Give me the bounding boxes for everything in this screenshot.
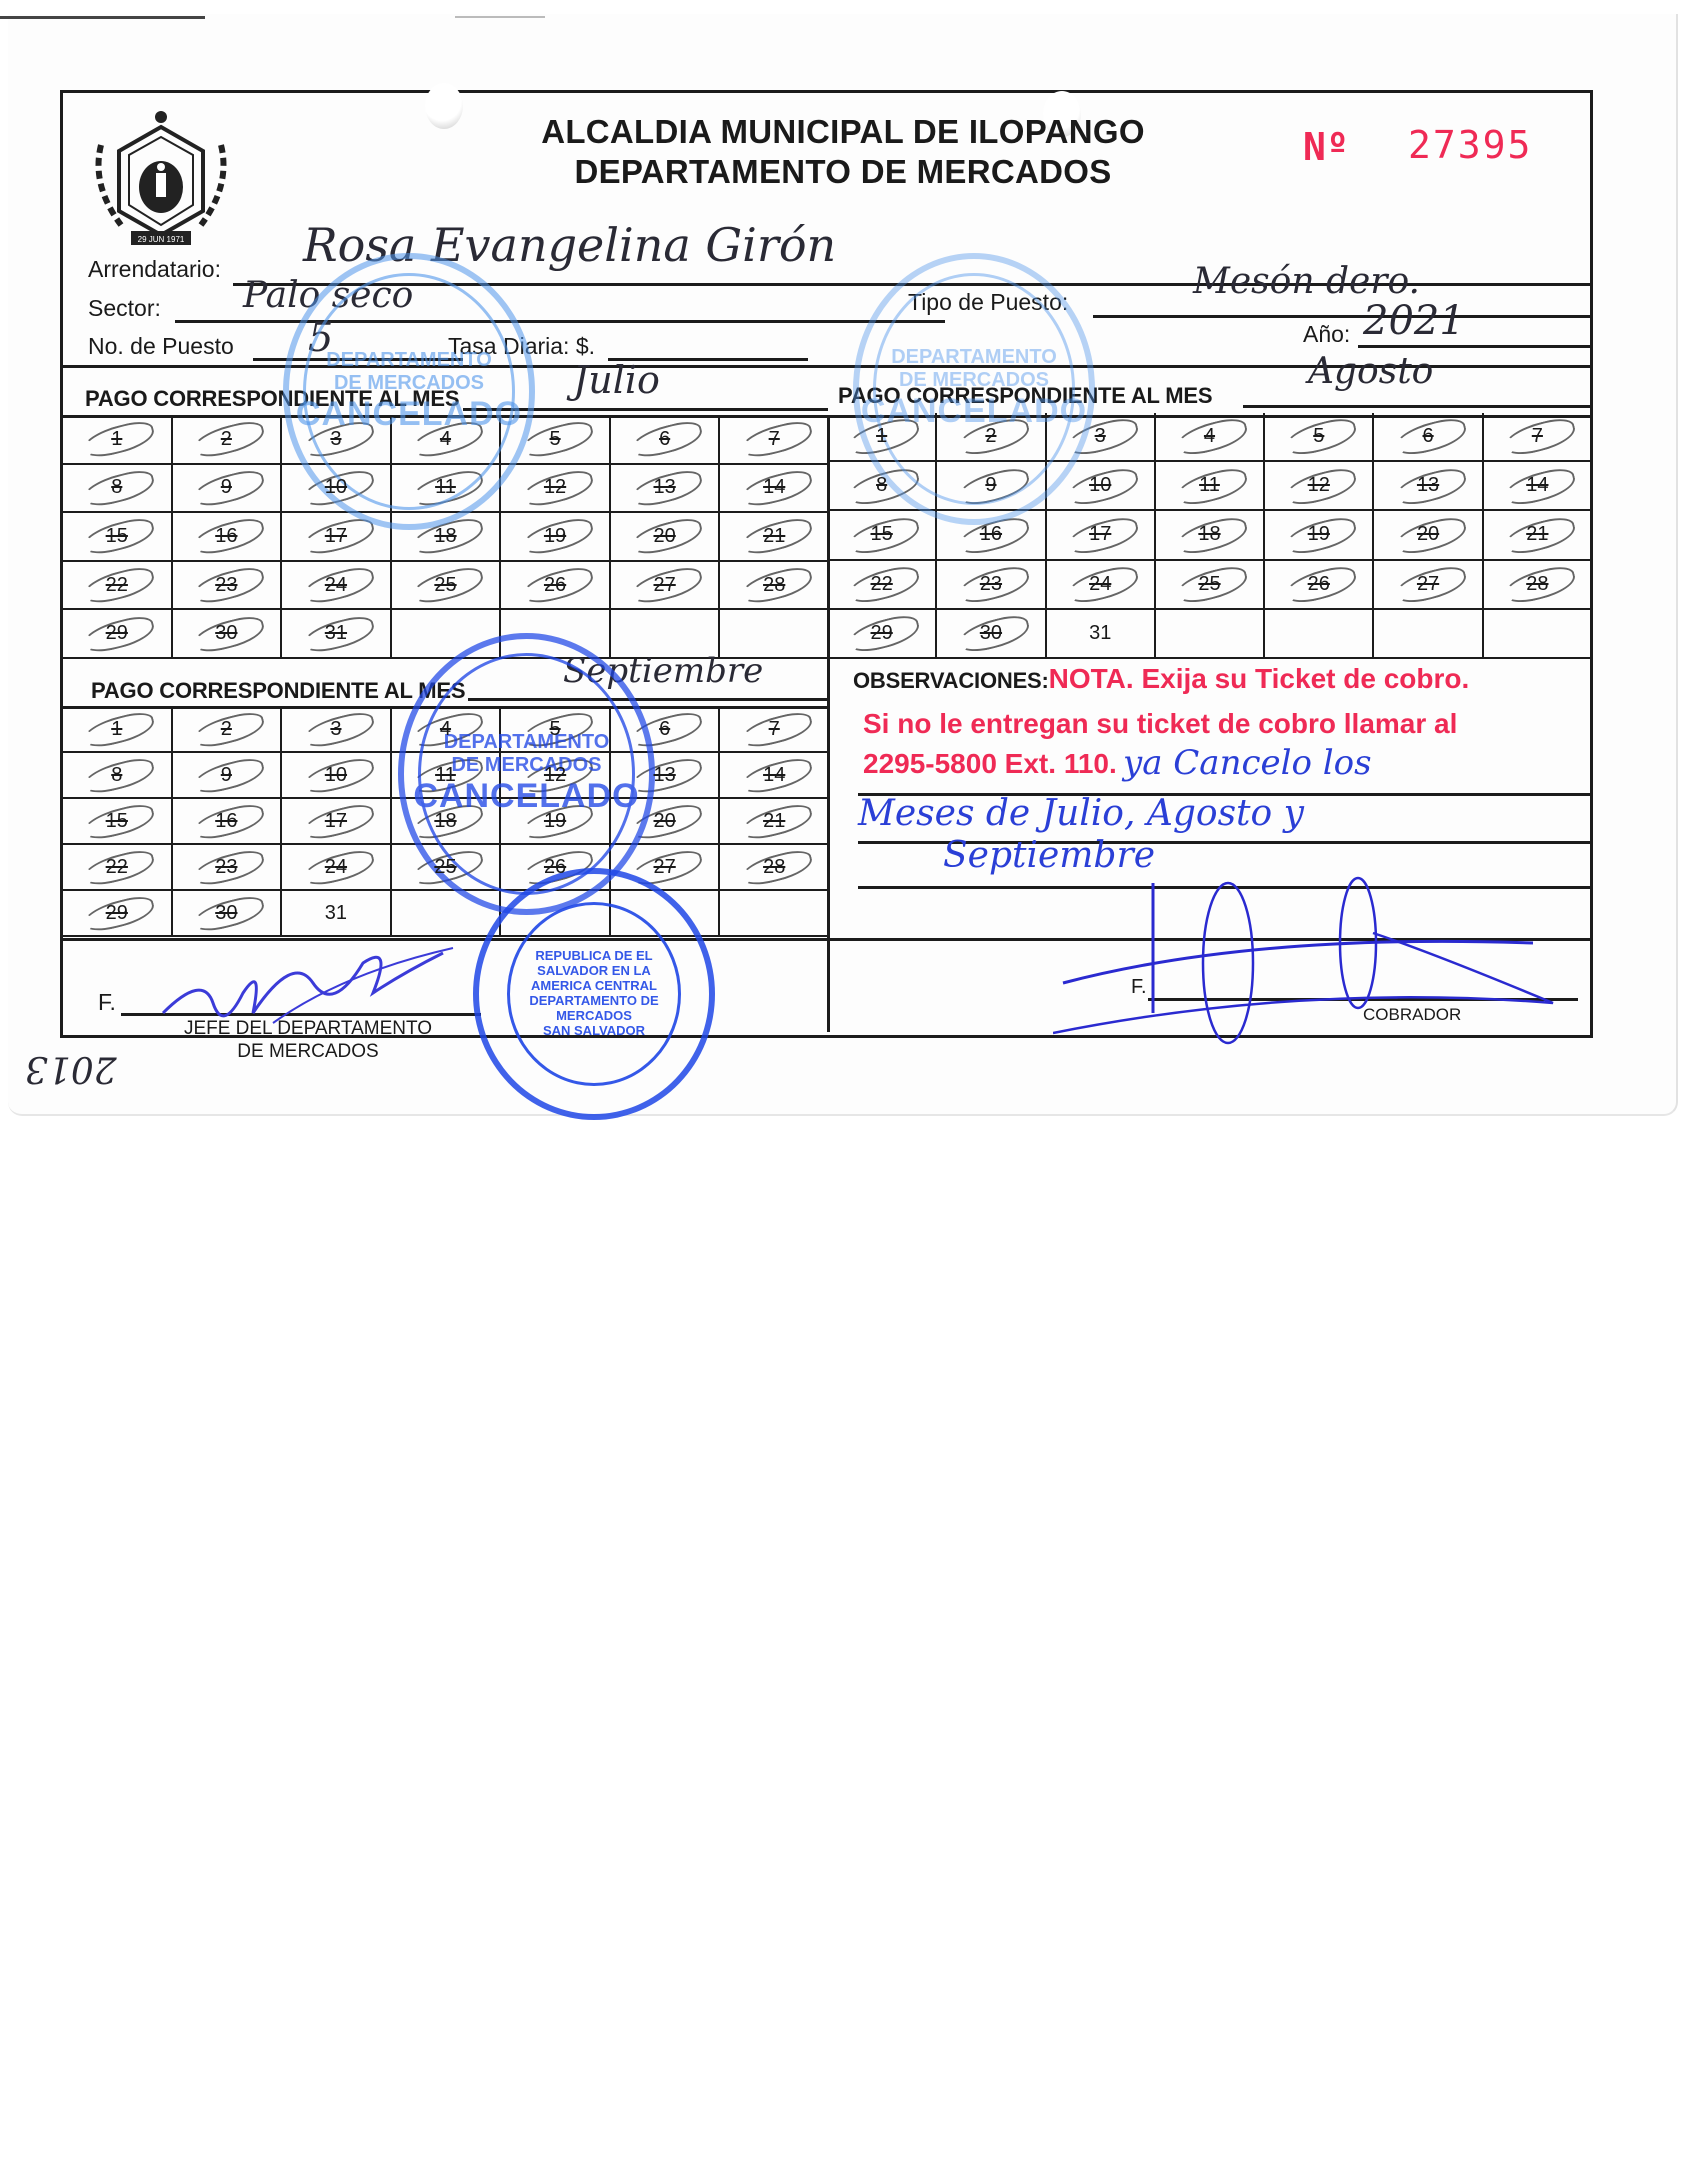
day-cell[interactable]: 29 xyxy=(828,610,937,659)
nota-line-1: NOTA. Exija su Ticket de cobro. xyxy=(1049,663,1470,694)
day-number: 21 xyxy=(763,810,785,833)
day-number: 23 xyxy=(215,856,237,879)
day-number: 27 xyxy=(1417,573,1439,596)
payment-card-form: 29 JUN 1971 ALCALDIA MUNICIPAL DE ILOPAN… xyxy=(60,90,1593,1038)
day-number: 18 xyxy=(1198,523,1220,546)
day-number: 25 xyxy=(1198,573,1220,596)
day-cell[interactable]: 19 xyxy=(1265,511,1374,560)
observaciones-block: OBSERVACIONES:NOTA. Exija su Ticket de c… xyxy=(853,663,1469,695)
anio-value[interactable]: 2021 xyxy=(1363,298,1465,344)
nota-line-3: 2295-5800 Ext. 110. xyxy=(863,748,1117,780)
day-number: 29 xyxy=(106,902,128,925)
day-cell[interactable]: 17 xyxy=(1047,511,1156,560)
day-cell[interactable]: 31 xyxy=(1047,610,1156,659)
day-cell[interactable]: 21 xyxy=(720,513,830,562)
day-number: 15 xyxy=(871,523,893,546)
observaciones-handwritten-1[interactable]: ya Cancelo los xyxy=(1123,743,1372,783)
empty-cell xyxy=(720,891,830,937)
day-number: 5 xyxy=(550,718,561,741)
day-cell[interactable]: 1 xyxy=(63,707,173,753)
day-cell[interactable]: 23 xyxy=(173,562,283,611)
cancelado-stamp-julio: DEPARTAMENTODE MERCADOSCANCELADO xyxy=(283,253,535,530)
folio-label: Nº xyxy=(1303,125,1349,169)
day-cell[interactable]: 31 xyxy=(282,891,392,937)
day-cell[interactable]: 24 xyxy=(282,845,392,891)
day-cell[interactable]: 23 xyxy=(173,845,283,891)
day-cell[interactable]: 2 xyxy=(173,416,283,465)
day-number: 9 xyxy=(221,476,232,499)
day-number: 20 xyxy=(654,525,676,548)
day-cell[interactable]: 7 xyxy=(720,707,830,753)
day-number: 10 xyxy=(325,476,347,499)
day-cell[interactable]: 31 xyxy=(282,610,392,659)
day-number: 3 xyxy=(330,428,341,451)
day-cell[interactable]: 15 xyxy=(828,511,937,560)
day-cell[interactable]: 21 xyxy=(1484,511,1593,560)
day-number: 26 xyxy=(544,856,566,879)
day-number: 29 xyxy=(106,622,128,645)
cancelado-stamp-agosto: DEPARTAMENTODE MERCADOSCANCELADO xyxy=(853,253,1095,525)
day-number: 16 xyxy=(980,523,1002,546)
day-cell[interactable]: 20 xyxy=(1374,511,1483,560)
day-cell[interactable]: 10 xyxy=(282,753,392,799)
day-cell[interactable]: 12 xyxy=(501,465,611,514)
torn-edge xyxy=(0,16,205,19)
day-cell[interactable]: 25 xyxy=(392,562,502,611)
day-cell[interactable]: 19 xyxy=(501,513,611,562)
day-cell[interactable]: 2 xyxy=(173,707,283,753)
day-number: 15 xyxy=(106,525,128,548)
pago-agosto-month[interactable]: Agosto xyxy=(1308,351,1433,392)
day-cell[interactable]: 16 xyxy=(173,513,283,562)
day-number: 1 xyxy=(111,718,122,741)
day-cell[interactable]: 21 xyxy=(720,799,830,845)
day-number: 2 xyxy=(221,428,232,451)
day-cell[interactable]: 9 xyxy=(173,753,283,799)
day-number: 18 xyxy=(434,525,456,548)
empty-cell xyxy=(1484,610,1593,659)
day-cell[interactable]: 13 xyxy=(611,465,721,514)
day-number: 5 xyxy=(550,428,561,451)
day-number: 26 xyxy=(1308,573,1330,596)
puesto-label: No. de Puesto xyxy=(88,333,234,360)
day-cell[interactable]: 26 xyxy=(1265,561,1374,610)
day-number: 24 xyxy=(325,856,347,879)
sector-underline xyxy=(175,320,945,323)
day-cell[interactable]: 11 xyxy=(1156,462,1265,511)
day-cell[interactable]: 29 xyxy=(63,891,173,937)
day-number: 6 xyxy=(659,718,670,741)
observaciones-label: OBSERVACIONES: xyxy=(853,668,1049,693)
day-number: 17 xyxy=(1089,523,1111,546)
day-cell[interactable]: 13 xyxy=(1374,462,1483,511)
institution-title: ALCALDIA MUNICIPAL DE ILOPANGO xyxy=(443,113,1243,151)
day-number: 4 xyxy=(440,428,451,451)
folio-number: 27395 xyxy=(1408,123,1532,167)
day-number: 20 xyxy=(1417,523,1439,546)
day-cell[interactable]: 3 xyxy=(282,707,392,753)
day-number: 6 xyxy=(659,428,670,451)
day-cell[interactable]: 14 xyxy=(720,465,830,514)
day-cell[interactable]: 25 xyxy=(1156,561,1265,610)
day-number: 22 xyxy=(106,574,128,597)
day-number: 14 xyxy=(1526,474,1548,497)
day-cell[interactable]: 7 xyxy=(720,416,830,465)
day-number: 7 xyxy=(1532,425,1543,448)
margin-note: 2013 xyxy=(25,1048,117,1089)
day-cell[interactable]: 5 xyxy=(1265,413,1374,462)
day-cell[interactable]: 24 xyxy=(1047,561,1156,610)
day-number: 10 xyxy=(1089,474,1111,497)
torn-edge xyxy=(455,16,545,18)
day-cell[interactable]: 4 xyxy=(1156,413,1265,462)
day-cell[interactable]: 28 xyxy=(1484,561,1593,610)
day-cell[interactable]: 27 xyxy=(1374,561,1483,610)
day-number: 27 xyxy=(654,574,676,597)
day-number: 11 xyxy=(435,476,456,499)
tipo-puesto-underline xyxy=(1093,315,1593,318)
day-number: 30 xyxy=(215,622,237,645)
day-number: 25 xyxy=(434,856,456,879)
arrendatario-label: Arrendatario: xyxy=(88,256,221,283)
day-cell[interactable]: 14 xyxy=(720,753,830,799)
day-number: 2 xyxy=(221,718,232,741)
day-cell[interactable]: 28 xyxy=(720,845,830,891)
day-number: 22 xyxy=(106,856,128,879)
day-number: 15 xyxy=(106,810,128,833)
day-number: 2 xyxy=(985,425,996,448)
day-cell[interactable]: 27 xyxy=(611,562,721,611)
observaciones-handwritten-3[interactable]: Septiembre xyxy=(943,835,1155,876)
day-cell[interactable]: 22 xyxy=(828,561,937,610)
day-number: 13 xyxy=(654,764,676,787)
day-cell[interactable]: 7 xyxy=(1484,413,1593,462)
day-cell[interactable]: 23 xyxy=(937,561,1046,610)
day-number: 26 xyxy=(544,574,566,597)
day-cell[interactable]: 17 xyxy=(282,799,392,845)
anio-underline xyxy=(1358,345,1593,348)
day-cell[interactable]: 6 xyxy=(611,416,721,465)
day-cell[interactable]: 22 xyxy=(63,562,173,611)
day-number: 30 xyxy=(215,902,237,925)
day-number: 12 xyxy=(1308,474,1330,497)
sector-label: Sector: xyxy=(88,295,161,322)
day-cell[interactable]: 20 xyxy=(611,513,721,562)
day-cell[interactable]: 29 xyxy=(63,610,173,659)
day-cell[interactable]: 15 xyxy=(63,513,173,562)
day-number: 13 xyxy=(654,476,676,499)
cobrador-title: COBRADOR xyxy=(1363,1005,1461,1025)
day-number: 4 xyxy=(440,718,451,741)
day-number: 28 xyxy=(763,856,785,879)
day-number: 31 xyxy=(325,622,347,645)
day-cell[interactable]: 30 xyxy=(173,891,283,937)
day-number: 19 xyxy=(1308,523,1330,546)
day-number: 24 xyxy=(1089,573,1111,596)
day-number: 5 xyxy=(1313,425,1324,448)
day-number: 4 xyxy=(1204,425,1215,448)
day-cell[interactable]: 6 xyxy=(1374,413,1483,462)
day-number: 19 xyxy=(544,810,566,833)
day-number: 13 xyxy=(1417,474,1439,497)
day-number: 31 xyxy=(325,902,347,925)
day-number: 25 xyxy=(434,574,456,597)
day-number: 11 xyxy=(1199,474,1220,497)
day-number: 8 xyxy=(111,476,122,499)
day-number: 30 xyxy=(980,622,1002,645)
day-number: 28 xyxy=(1526,573,1548,596)
day-number: 24 xyxy=(325,574,347,597)
day-number: 23 xyxy=(215,574,237,597)
day-cell[interactable]: 8 xyxy=(63,753,173,799)
day-cell[interactable]: 30 xyxy=(173,610,283,659)
cobrador-signature-icon xyxy=(1053,873,1593,1063)
day-number: 8 xyxy=(876,474,887,497)
day-number: 18 xyxy=(434,810,456,833)
municipal-coat-of-arms-icon: 29 JUN 1971 xyxy=(81,105,241,255)
day-cell[interactable]: 14 xyxy=(1484,462,1593,511)
day-cell[interactable]: 12 xyxy=(1265,462,1374,511)
jefe-title-2: DE MERCADOS xyxy=(153,1041,463,1063)
pago-agosto-underline xyxy=(1243,405,1593,408)
day-number: 7 xyxy=(769,428,780,451)
day-cell[interactable]: 30 xyxy=(937,610,1046,659)
day-number: 19 xyxy=(544,525,566,548)
observaciones-handwritten-2[interactable]: Meses de Julio, Agosto y xyxy=(858,793,1304,834)
day-number: 14 xyxy=(763,476,785,499)
day-cell[interactable]: 9 xyxy=(173,465,283,514)
day-cell[interactable]: 28 xyxy=(720,562,830,611)
day-number: 23 xyxy=(980,573,1002,596)
day-number: 7 xyxy=(769,718,780,741)
day-cell[interactable]: 15 xyxy=(63,799,173,845)
nota-line-2: Si no le entregan su ticket de cobro lla… xyxy=(863,708,1457,740)
day-cell[interactable]: 22 xyxy=(63,845,173,891)
day-number: 9 xyxy=(985,474,996,497)
day-number: 9 xyxy=(221,764,232,787)
day-number: 20 xyxy=(654,810,676,833)
anio-label: Año: xyxy=(1303,321,1350,348)
day-number: 29 xyxy=(871,622,893,645)
empty-cell xyxy=(1156,610,1265,659)
day-number: 31 xyxy=(1089,622,1111,645)
jefe-title-1: JEFE DEL DEPARTAMENTO xyxy=(153,1018,463,1040)
day-number: 16 xyxy=(215,525,237,548)
day-number: 17 xyxy=(325,810,347,833)
day-number: 1 xyxy=(111,428,122,451)
day-cell[interactable]: 16 xyxy=(173,799,283,845)
day-number: 12 xyxy=(544,476,566,499)
pago-septiembre-label: PAGO CORRESPONDIENTE AL MES xyxy=(91,678,465,704)
jefe-signature-prefix: F. xyxy=(98,989,116,1016)
day-cell[interactable]: 1 xyxy=(63,416,173,465)
day-cell[interactable]: 8 xyxy=(63,465,173,514)
day-number: 16 xyxy=(215,810,237,833)
day-cell[interactable]: 26 xyxy=(501,562,611,611)
official-seal-stamp: REPUBLICA DE EL SALVADOR EN LA AMERICA C… xyxy=(473,868,715,1120)
day-number: 14 xyxy=(763,764,785,787)
day-number: 11 xyxy=(435,764,456,787)
empty-cell xyxy=(1265,610,1374,659)
day-number: 21 xyxy=(1526,523,1548,546)
svg-text:29 JUN 1971: 29 JUN 1971 xyxy=(138,235,185,244)
day-cell[interactable]: 24 xyxy=(282,562,392,611)
tipo-puesto-value[interactable]: Mesón dero. xyxy=(1193,261,1420,302)
department-title: DEPARTAMENTO DE MERCADOS xyxy=(443,153,1243,191)
day-number: 21 xyxy=(763,525,785,548)
day-number: 27 xyxy=(654,856,676,879)
day-cell[interactable]: 18 xyxy=(1156,511,1265,560)
day-number: 12 xyxy=(544,764,566,787)
day-number: 1 xyxy=(876,425,887,448)
day-number: 10 xyxy=(325,764,347,787)
day-number: 3 xyxy=(330,718,341,741)
day-number: 28 xyxy=(763,574,785,597)
day-number: 6 xyxy=(1423,425,1434,448)
day-number: 22 xyxy=(871,573,893,596)
empty-cell xyxy=(1374,610,1483,659)
pago-julio-month[interactable]: Julio xyxy=(573,358,660,402)
day-number: 8 xyxy=(111,764,122,787)
day-number: 3 xyxy=(1095,425,1106,448)
day-number: 17 xyxy=(325,525,347,548)
